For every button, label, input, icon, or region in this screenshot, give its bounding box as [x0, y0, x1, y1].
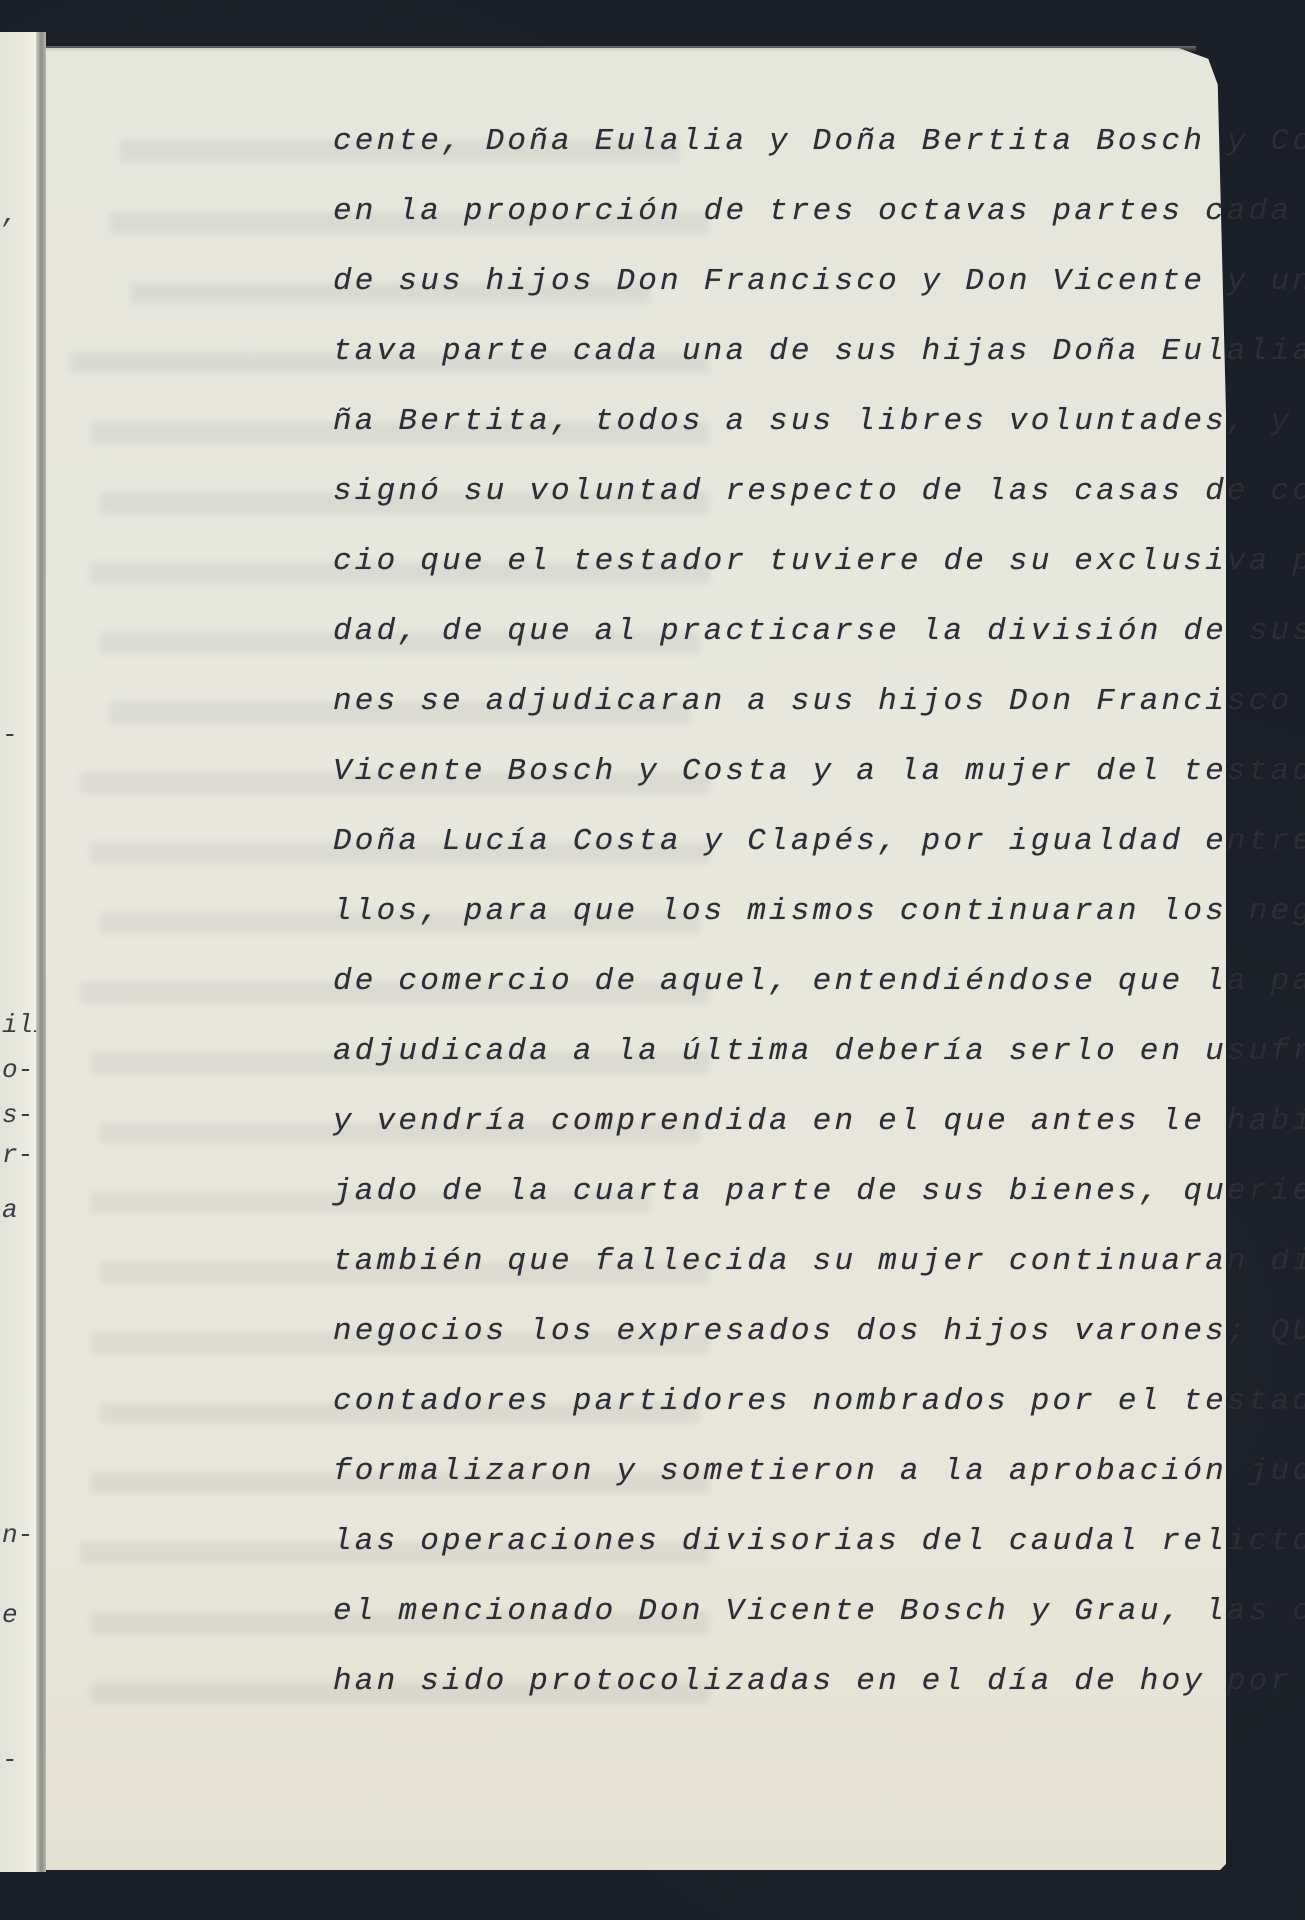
facing-page-mark: - — [2, 720, 36, 750]
facing-page-mark: n- — [2, 1520, 36, 1550]
text-line: contadores partidores nombrados por el t… — [333, 1384, 1305, 1420]
facing-page-mark: o- — [2, 1055, 36, 1085]
text-line: en la proporción de tres octavas partes … — [333, 194, 1305, 230]
text-line: signó su voluntad respecto de las casas … — [333, 474, 1305, 510]
facing-page-mark: a — [2, 1195, 36, 1225]
text-line: también que fallecida su mujer continuar… — [333, 1244, 1305, 1280]
text-line: jado de la cuarta parte de sus bienes, q… — [333, 1174, 1305, 1210]
text-line: cio que el testador tuviere de su exclus… — [333, 544, 1305, 580]
facing-page-mark: , — [2, 200, 36, 230]
text-line: negocios los expresados dos hijos varone… — [333, 1314, 1305, 1350]
text-line: de sus hijos Don Francisco y Don Vicente… — [333, 264, 1305, 300]
text-line: ña Bertita, todos a sus libres voluntade… — [333, 404, 1305, 440]
facing-page-mark: s- — [2, 1100, 36, 1130]
text-line: han sido protocolizadas en el día de hoy… — [333, 1664, 1305, 1700]
text-line: de comercio de aquel, entendiéndose que … — [333, 964, 1305, 1000]
text-line: tava parte cada una de sus hijas Doña Eu… — [333, 334, 1305, 370]
text-line: adjudicada a la última debería serlo en … — [333, 1034, 1305, 1070]
text-line: nes se adjudicaran a sus hijos Don Franc… — [333, 684, 1305, 720]
text-line: dad, de que al practicarse la división d… — [333, 614, 1305, 650]
text-line: y vendría comprendida en el que antes le… — [333, 1104, 1305, 1140]
text-line: formalizaron y sometieron a la aprobació… — [333, 1454, 1305, 1490]
text-line: las operaciones divisorias del caudal re… — [333, 1524, 1305, 1560]
binding-gutter — [36, 32, 46, 1872]
facing-page-mark: - — [2, 1745, 36, 1775]
page-torn-edge — [46, 46, 1196, 52]
facing-page-fragment: , - ili o- s- r- a n- e - — [0, 32, 36, 1872]
facing-page-mark: e — [2, 1600, 36, 1630]
text-line: el mencionado Don Vicente Bosch y Grau, … — [333, 1594, 1305, 1630]
text-line: cente, Doña Eulalia y Doña Bertita Bosch… — [333, 124, 1305, 160]
text-line: Vicente Bosch y Costa y a la mujer del t… — [333, 754, 1305, 790]
facing-page-mark: r- — [2, 1140, 36, 1170]
facing-page-mark: ili — [2, 1010, 36, 1040]
text-line: Doña Lucía Costa y Clapés, por igualdad … — [333, 824, 1305, 860]
text-line: llos, para que los mismos continuaran lo… — [333, 894, 1305, 930]
